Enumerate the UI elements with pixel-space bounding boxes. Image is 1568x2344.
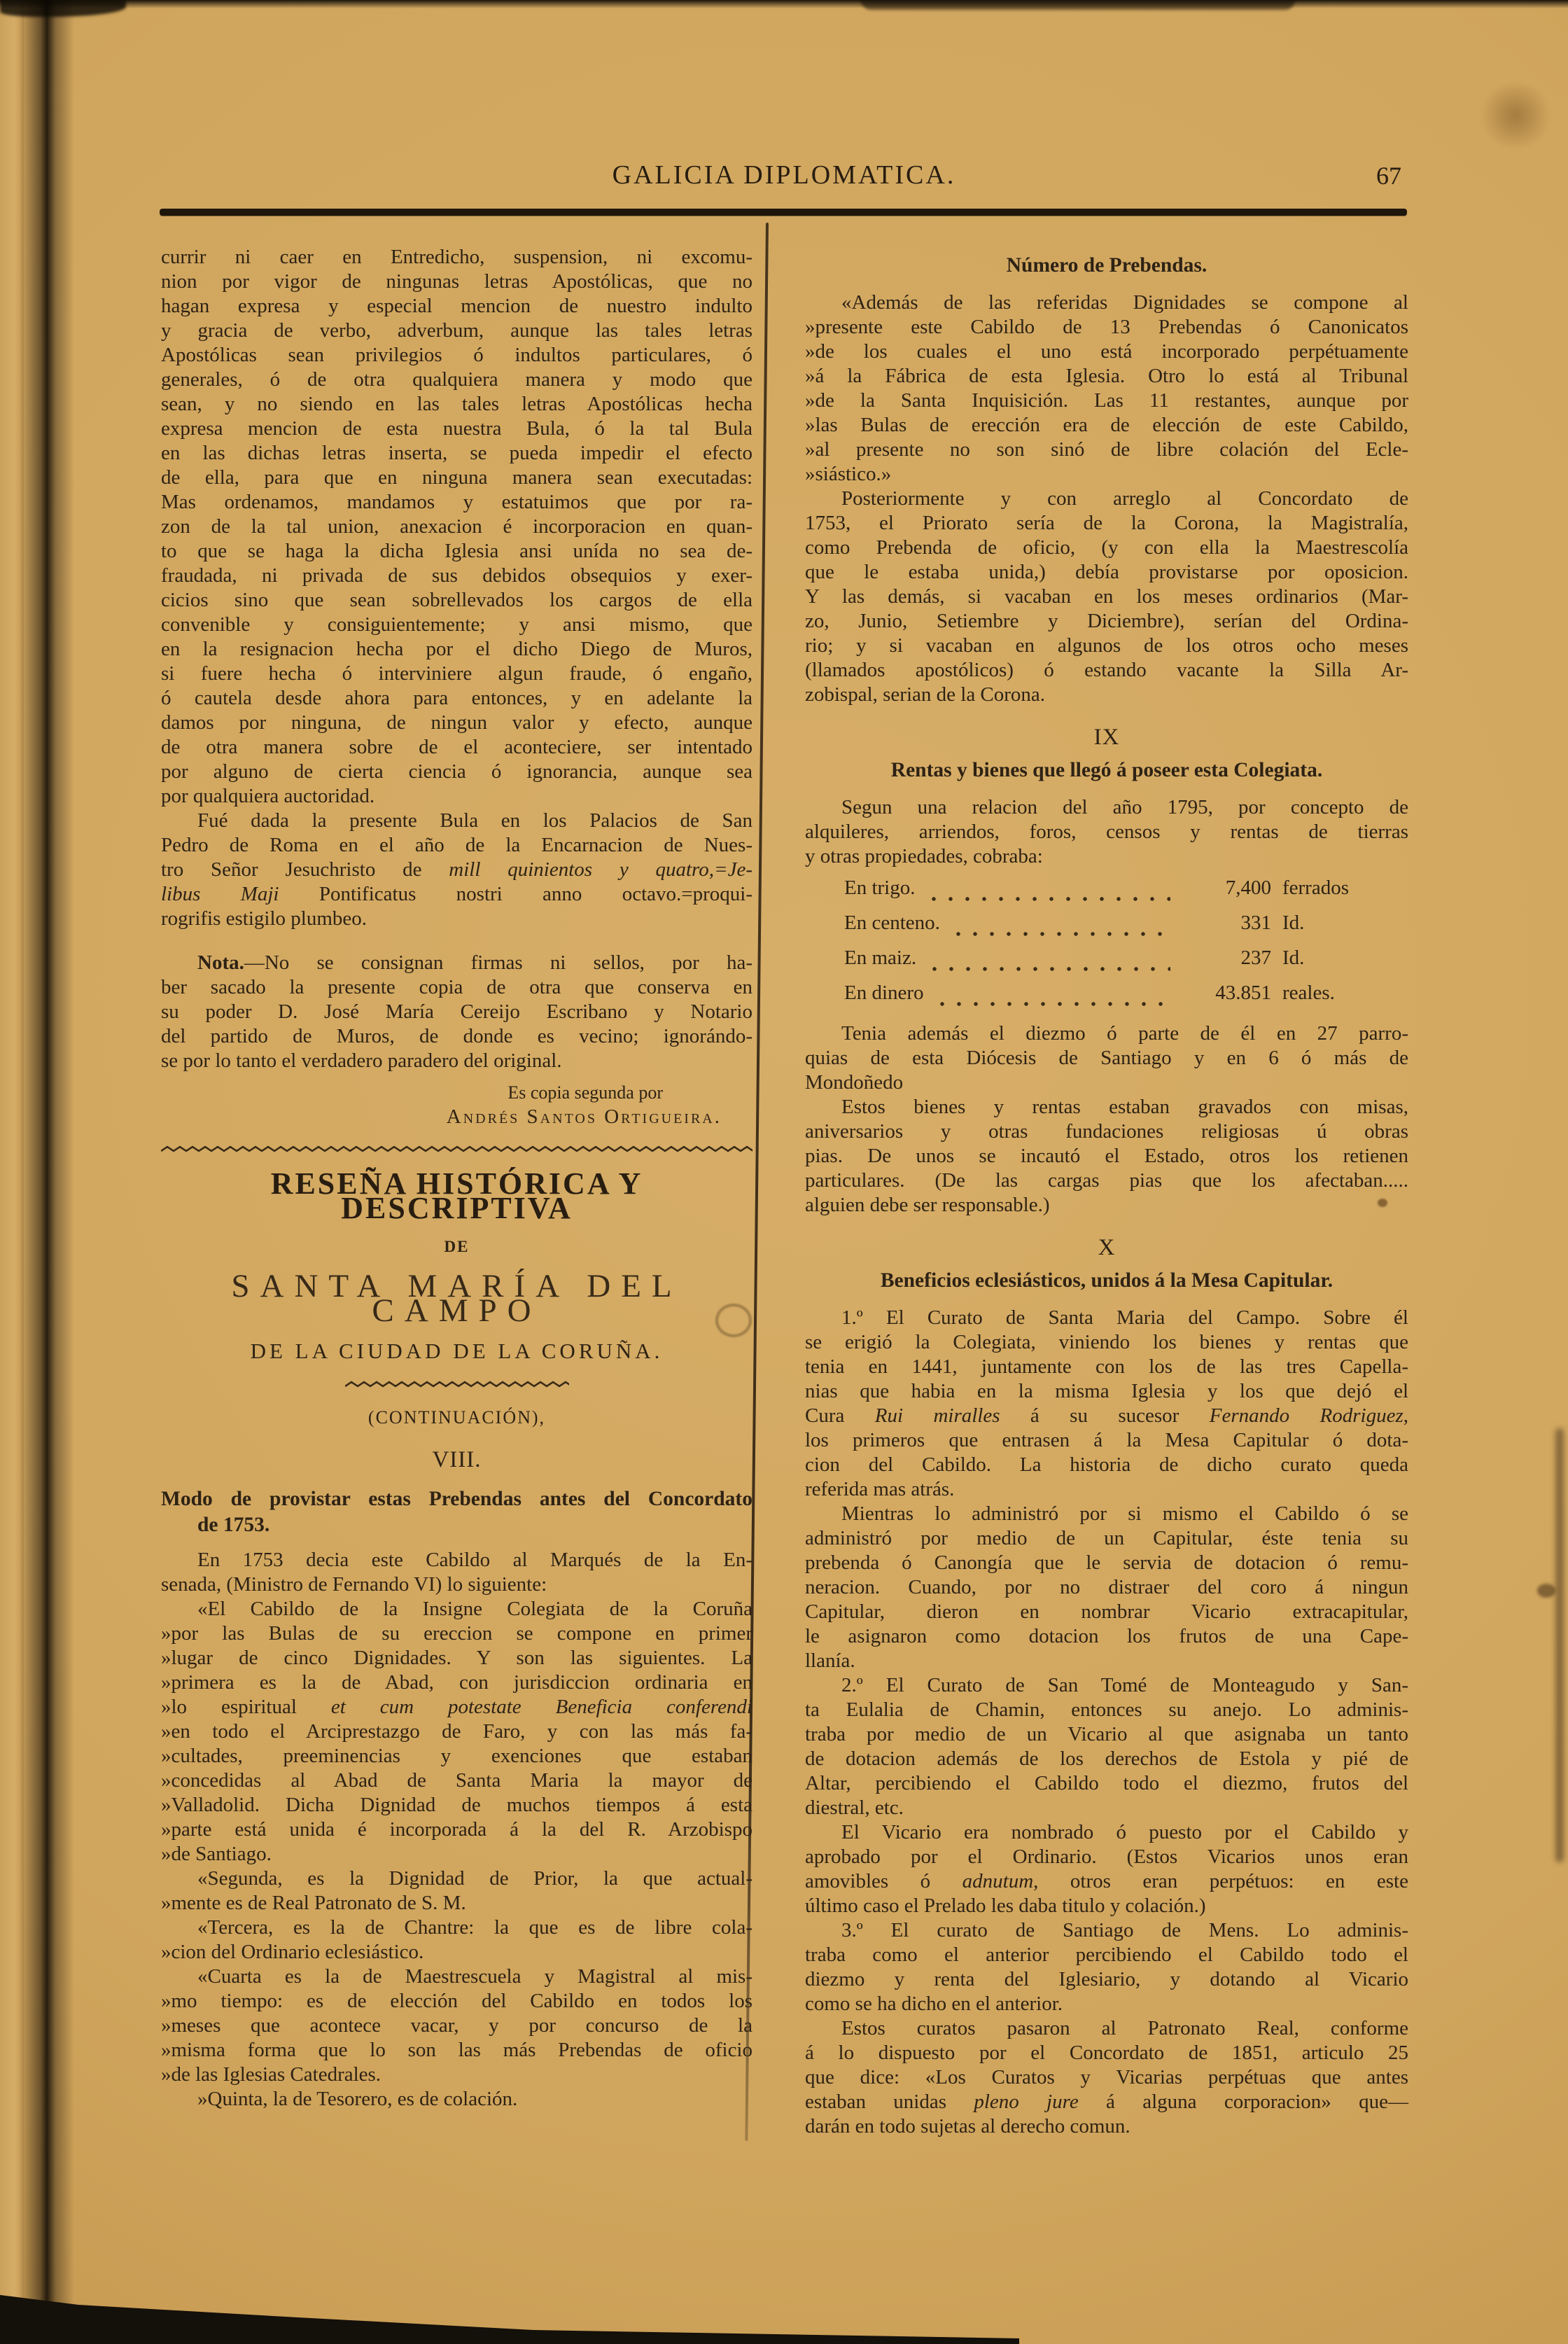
text-line: alguien debe ser responsable.): [805, 1193, 1408, 1218]
text-line: zon de la tal union, anexacion é incorpo…: [161, 515, 752, 539]
text-line: aniversarios y otras fundaciones religio…: [805, 1119, 1408, 1144]
text-line: referida mas atrás.: [805, 1477, 1408, 1502]
row-label: En trigo.: [844, 876, 916, 900]
text-line: diestral, etc.: [805, 1796, 1408, 1820]
article-title: RESEÑA HISTÓRICA Y DESCRIPTIVA: [161, 1171, 752, 1220]
header-rule: [160, 209, 1407, 216]
text-line: se erigió la Colegiata, viniendo los bie…: [805, 1330, 1408, 1355]
text-line: Pedro de Roma en el año de la Encarnacio…: [161, 833, 752, 858]
text-line: en las dichas letras inserta, se pueda i…: [161, 441, 752, 466]
text-line: su poder D. José María Cereijo Escribano…: [161, 1000, 752, 1024]
wavy-rule: [161, 1145, 752, 1153]
text-line: »Quinta, la de Tesorero, es de colación.: [161, 2087, 752, 2112]
text-line: 2.º El Curato de San Tomé de Monteagudo …: [805, 1673, 1408, 1698]
text-line: Y las demás, si vacaban en los meses ord…: [805, 585, 1408, 609]
section-ix: IX: [805, 725, 1408, 750]
text-line: y gracia de verbo, adverbum, aunque las …: [161, 319, 752, 343]
text-line: «El Cabildo de la Insigne Colegiata de l…: [161, 1597, 752, 1621]
row-unit: reales.: [1271, 981, 1408, 1005]
text-line: del partido de Muros, de donde es vecino…: [161, 1024, 752, 1049]
book-gutter-shadow: [20, 0, 74, 2344]
text-line: prebenda ó Canongía que le servia de dot…: [805, 1551, 1408, 1575]
continuation-note: (CONTINUACIÓN),: [161, 1405, 752, 1430]
text-line: 1.º El Curato de Santa Maria del Campo. …: [805, 1306, 1408, 1330]
scan-edge-top: [0, 0, 1568, 8]
patronato-real-paragraph: Estos curatos pasaron al Patronato Real,…: [805, 2016, 1408, 2139]
signature: Andrés Santos Ortigueira.: [161, 1105, 752, 1129]
text-line: le asignaron como dotacion los frutos de…: [805, 1624, 1408, 1649]
text-line: último caso el Prelado les daba titulo y…: [805, 1894, 1408, 1918]
text-line: Mientras lo administró por si mismo el C…: [805, 1502, 1408, 1526]
text-line: Segun una relacion del año 1795, por con…: [805, 795, 1408, 820]
copy-note: Es copia segunda por: [161, 1080, 752, 1105]
text-line: de 1753.: [161, 1512, 752, 1538]
text-line: »meses que acontece vacar, y por concurs…: [161, 2014, 752, 2038]
text-line: zobispal, serian de la Corona.: [805, 683, 1408, 707]
text-line: rio; y si vacaban en algunos de los otro…: [805, 634, 1408, 658]
text-line: »mente es de Real Patronato de S. M.: [161, 1891, 752, 1916]
text-line: »de las Iglesias Catedrales.: [161, 2063, 752, 2087]
text-line: »á la Fábrica de esta Iglesia. Otro lo e…: [805, 364, 1408, 389]
text-line: Andrés Santos Ortigueira.: [161, 1105, 752, 1129]
text-line: »mo tiempo: es de elección del Cabildo e…: [161, 1989, 752, 2014]
text-line: Posteriormente y con arreglo al Concorda…: [805, 487, 1408, 511]
section-viii: VIII.: [161, 1448, 752, 1472]
text-line: «Además de las referidas Dignidades se c…: [805, 291, 1408, 315]
text-line: »al presente no son sinó de libre colaci…: [805, 438, 1408, 462]
text-line: tro Señor Jesuchristo de mill quinientos…: [161, 858, 752, 882]
page-header: GALICIA DIPLOMATICA. 67: [161, 160, 1407, 196]
segun-relacion-paragraph: Segun una relacion del año 1795, por con…: [805, 795, 1408, 869]
text-line: »lugar de cinco Dignidades. Y son las si…: [161, 1646, 752, 1670]
nota-paragraph: Nota.—No se consignan firmas ni sellos, …: [161, 951, 752, 1073]
text-line: Mas ordenamos, mandamos y estatuimos que…: [161, 490, 752, 515]
tercera-paragraph: «Tercera, es la de Chantre: la que es de…: [161, 1916, 752, 1965]
text-line: »Valladolid. Dicha Dignidad de muchos ti…: [161, 1793, 752, 1818]
row-unit: ferrados: [1271, 876, 1408, 900]
text-line: darán en todo sujetas al derecho comun.: [805, 2114, 1408, 2139]
text-line: »presente este Cabildo de 13 Prebendas ó…: [805, 315, 1408, 340]
text-line: Cura Rui miralles á su sucesor Fernando …: [805, 1404, 1408, 1428]
text-line: por qualquiera auctoridad.: [161, 784, 752, 809]
text-line: »las Bulas de erección era de elección d…: [805, 413, 1408, 438]
rentas-heading: Rentas y bienes que llegó á poseer esta …: [805, 758, 1408, 783]
text-line: nias que habia en la misma Iglesia y los…: [805, 1379, 1408, 1404]
text-line: tenia en 1441, juntamente con los de las…: [805, 1355, 1408, 1379]
bula-dada-paragraph: Fué dada la presente Bula en los Palacio…: [161, 809, 752, 931]
table-row: En centeno.331Id.: [805, 911, 1408, 946]
text-line: convenible y consiguientemente; y ansi m…: [161, 613, 752, 637]
section-x: X: [805, 1236, 1408, 1260]
curato-santiago-mens-paragraph: 3.º El curato de Santiago de Mens. Lo ad…: [805, 1918, 1408, 2016]
article-title-de: DE: [161, 1234, 752, 1259]
text-line: traba por medio de un Vicario al que asi…: [805, 1722, 1408, 1747]
text-line: aprobado por el Ordinario. (Estos Vicari…: [805, 1845, 1408, 1869]
text-line: hagan expresa y especial mencion de nues…: [161, 294, 752, 319]
text-line: traba como el anterior percibiendo el Ca…: [805, 1943, 1408, 1967]
article-title-santa-maria: SANTA MARÍA DEL CAMPO: [161, 1274, 752, 1323]
cabildo-quote-paragraph: «El Cabildo de la Insigne Colegiata de l…: [161, 1597, 752, 1867]
text-line: »concedidas al Abad de Santa Maria la ma…: [161, 1769, 752, 1793]
text-line: En 1753 decia este Cabildo al Marqués de…: [161, 1548, 752, 1572]
right-column: Número de Prebendas.«Además de las refer…: [805, 245, 1408, 2139]
paper-stain: [1537, 1584, 1555, 1598]
text-line: senada, (Ministro de Fernando VI) lo sig…: [161, 1572, 752, 1597]
left-column: currir ni caer en Entredicho, suspension…: [161, 245, 752, 2112]
text-line: cicios sino que sean sobrellevados los c…: [161, 588, 752, 613]
section-viii-subhead: Modo de provistar estas Prebendas antes …: [161, 1486, 752, 1538]
rentas-table: En trigo.7,400ferradosEn centeno.331Id.E…: [805, 876, 1408, 1016]
text-line: ta Eulalia de Chamin, entonces su anejo.…: [805, 1698, 1408, 1722]
text-line: generales, ó de otra qualquiera manera y…: [161, 368, 752, 392]
text-line: zo, Junio, Setiembre y Diciembre), sería…: [805, 609, 1408, 634]
text-line: amovibles ó adnutum, otros eran perpétuo…: [805, 1869, 1408, 1894]
text-line: 1753, el Priorato sería de la Corona, la…: [805, 511, 1408, 536]
row-label: En dinero: [844, 981, 924, 1005]
table-row: En maiz.237Id.: [805, 946, 1408, 981]
text-line: damos por ninguna, de ningun valor y efe…: [161, 711, 752, 735]
text-line: alquileres, arriendos, foros, censos y r…: [805, 820, 1408, 844]
text-line: Capitular, dieron en nombrar Vicario ext…: [805, 1600, 1408, 1624]
text-line: á lo dispuesto por el Concordato de 1851…: [805, 2041, 1408, 2065]
text-line: y otras propiedades, cobraba:: [805, 844, 1408, 869]
row-label: En maiz.: [844, 946, 916, 970]
text-line: »primera es la de Abad, con jurisdiccion…: [161, 1670, 752, 1695]
wavy-rule: [345, 1380, 569, 1388]
text-line: »cultades, preeminencias y exenciones qu…: [161, 1744, 752, 1769]
text-line: »lo espiritual et cum potestate Benefici…: [161, 1695, 752, 1719]
journal-title: GALICIA DIPLOMATICA.: [161, 160, 1407, 190]
dot-leader: [925, 876, 1171, 911]
paper-stain: [1378, 1199, 1387, 1207]
numero-prebendas-heading: Número de Prebendas.: [805, 253, 1408, 278]
text-line: expresa mencion de esta nuestra Bula, ó …: [161, 417, 752, 441]
row-unit: Id.: [1271, 946, 1408, 970]
text-line: ber sacado la presente copia de otra que…: [161, 975, 752, 1000]
text-line: Apostólicas sean privilegios ó indultos …: [161, 343, 752, 368]
en-1753-paragraph: En 1753 decia este Cabildo al Marqués de…: [161, 1548, 752, 1597]
text-line: cion del Cabildo. La historia de dicho c…: [805, 1453, 1408, 1477]
text-line: «Tercera, es la de Chantre: la que es de…: [161, 1916, 752, 1940]
text-line: estaban unidas pleno jure á alguna corpo…: [805, 2090, 1408, 2114]
table-row: En dinero43.851reales.: [805, 981, 1408, 1016]
dot-leader: [926, 946, 1170, 981]
text-line: 3.º El curato de Santiago de Mens. Lo ad…: [805, 1918, 1408, 1943]
prebendas-quote-paragraph: «Además de las referidas Dignidades se c…: [805, 291, 1408, 487]
text-line: El Vicario era nombrado ó puesto por el …: [805, 1820, 1408, 1845]
text-line: como se ha dicho en el anterior.: [805, 1992, 1408, 2016]
mientras-administro-paragraph: Mientras lo administró por si mismo el C…: [805, 1502, 1408, 1673]
curato-santa-maria-paragraph: 1.º El Curato de Santa Maria del Campo. …: [805, 1306, 1408, 1502]
text-line: Tenia además el diezmo ó parte de él en …: [805, 1021, 1408, 1046]
text-line: »de Santiago.: [161, 1842, 752, 1867]
text-line: »de los cuales el uno está incorporado p…: [805, 340, 1408, 364]
text-line: »por las Bulas de su ereccion se compone…: [161, 1621, 752, 1646]
text-line: Mondoñedo: [805, 1070, 1408, 1095]
row-label: En centeno.: [844, 911, 940, 935]
text-line: «Segunda, es la Dignidad de Prior, la qu…: [161, 1867, 752, 1891]
segunda-paragraph: «Segunda, es la Dignidad de Prior, la qu…: [161, 1867, 752, 1916]
vicario-paragraph: El Vicario era nombrado ó puesto por el …: [805, 1820, 1408, 1918]
text-line: »misma forma que lo son las más Prebenda…: [161, 2038, 752, 2063]
beneficios-heading: Beneficios eclesiásticos, unidos á la Me…: [805, 1269, 1408, 1293]
dot-leader: [934, 981, 1170, 1016]
article-title-ciudad: DE LA CIUDAD DE LA CORUÑA.: [161, 1339, 752, 1363]
table-row: En trigo.7,400ferrados: [805, 876, 1408, 911]
text-line: Fué dada la presente Bula en los Palacio…: [161, 809, 752, 833]
row-quantity: 43.851: [1180, 981, 1271, 1005]
text-line: (llamados apostólicos) ó estando vacante…: [805, 658, 1408, 683]
diezmo-paragraph: Tenia además el diezmo ó parte de él en …: [805, 1021, 1408, 1095]
scan-edge-top: [861, 0, 1295, 10]
text-line: Estos curatos pasaron al Patronato Real,…: [805, 2016, 1408, 2041]
posteriormente-paragraph: Posteriormente y con arreglo al Concorda…: [805, 487, 1408, 707]
text-line: nion por vigor de ningunas letras Apostó…: [161, 270, 752, 294]
text-line: Altar, percibiendo el Cabildo todo el di…: [805, 1771, 1408, 1796]
text-line: como Prebenda de oficio, (y con ella la …: [805, 536, 1408, 560]
text-line: »de la Santa Inquisición. Las 11 restant…: [805, 389, 1408, 413]
text-line: que dice: «Los Curatos y Vicarias perpét…: [805, 2065, 1408, 2090]
text-line: neracion. Cuando, por no distraer del co…: [805, 1575, 1408, 1600]
text-line: llanía.: [805, 1649, 1408, 1673]
text-line: Nota.—No se consignan firmas ni sellos, …: [161, 951, 752, 975]
curato-san-tome-paragraph: 2.º El Curato de San Tomé de Monteagudo …: [805, 1673, 1408, 1820]
text-line: de otra manera sobre de el aconteciere, …: [161, 735, 752, 760]
scan-edge-top: [0, 0, 126, 17]
text-line: administró por medio de un Capitular, és…: [805, 1526, 1408, 1551]
bula-continuation-paragraph: currir ni caer en Entredicho, suspension…: [161, 245, 752, 809]
text-line: se por lo tanto el verdadero paradero de…: [161, 1049, 752, 1073]
scan-edge-right: [1555, 1428, 1564, 1862]
paper-stain: [715, 1304, 752, 1337]
bienes-gravados-paragraph: Estos bienes y rentas estaban gravados c…: [805, 1095, 1408, 1218]
row-quantity: 7,400: [1180, 876, 1271, 900]
text-line: de dotacion además de los derechos de Es…: [805, 1747, 1408, 1771]
text-line: »parte está unida é incorporada á la del…: [161, 1818, 752, 1842]
dot-leader: [950, 911, 1170, 946]
page-number: 67: [1376, 161, 1401, 190]
text-line: rogrifis estigilo plumbeo.: [161, 907, 752, 931]
text-line: particulares. (De las cargas pias que lo…: [805, 1168, 1408, 1193]
text-line: sean, y no siendo en las tales letras Ap…: [161, 392, 752, 417]
text-line: fraudada, ni privada de sus debidos obse…: [161, 564, 752, 588]
text-line: pias. De unos se incautó el Estado, otro…: [805, 1144, 1408, 1168]
text-line: que le estaba unida,) debía provistarse …: [805, 560, 1408, 585]
row-quantity: 237: [1180, 946, 1271, 970]
text-line: Estos bienes y rentas estaban gravados c…: [805, 1095, 1408, 1119]
text-line: en la resignacion hecha por el dicho Die…: [161, 637, 752, 662]
text-line: de ella, para que en ninguna manera sean…: [161, 466, 752, 490]
text-line: Modo de provistar estas Prebendas antes …: [161, 1486, 752, 1512]
text-line: si fuere hecha ó interviniere algun frau…: [161, 662, 752, 686]
text-line: diezmo y renta del Iglesiario, y dotando…: [805, 1967, 1408, 1992]
row-unit: Id.: [1271, 911, 1408, 935]
text-line: »en todo el Arciprestazgo de Faro, y con…: [161, 1719, 752, 1744]
text-line: »cion del Ordinario eclesiástico.: [161, 1940, 752, 1965]
paper-stain: [1477, 84, 1554, 147]
text-line: quias de esta Diócesis de Santiago y en …: [805, 1046, 1408, 1070]
row-quantity: 331: [1180, 911, 1271, 935]
scanned-page: GALICIA DIPLOMATICA. 67 currir ni caer e…: [0, 0, 1568, 2344]
text-line: libus Maji Pontificatus nostri anno octa…: [161, 882, 752, 907]
text-line: to que se haga la dicha Iglesia ansi uní…: [161, 539, 752, 564]
text-line: currir ni caer en Entredicho, suspension…: [161, 245, 752, 270]
text-line: Es copia segunda por: [161, 1080, 752, 1105]
text-line: los primeros que entrasen á la Mesa Capi…: [805, 1428, 1408, 1453]
text-line: «Cuarta es la de Maestrescuela y Magistr…: [161, 1965, 752, 1989]
quinta-paragraph: »Quinta, la de Tesorero, es de colación.: [161, 2087, 752, 2112]
text-line: ó cautela desde ahora para entonces, y e…: [161, 686, 752, 711]
cuarta-paragraph: «Cuarta es la de Maestrescuela y Magistr…: [161, 1965, 752, 2087]
text-line: por alguno de cierta ciencia ó ignoranci…: [161, 760, 752, 784]
text-line: »siástico.»: [805, 462, 1408, 487]
